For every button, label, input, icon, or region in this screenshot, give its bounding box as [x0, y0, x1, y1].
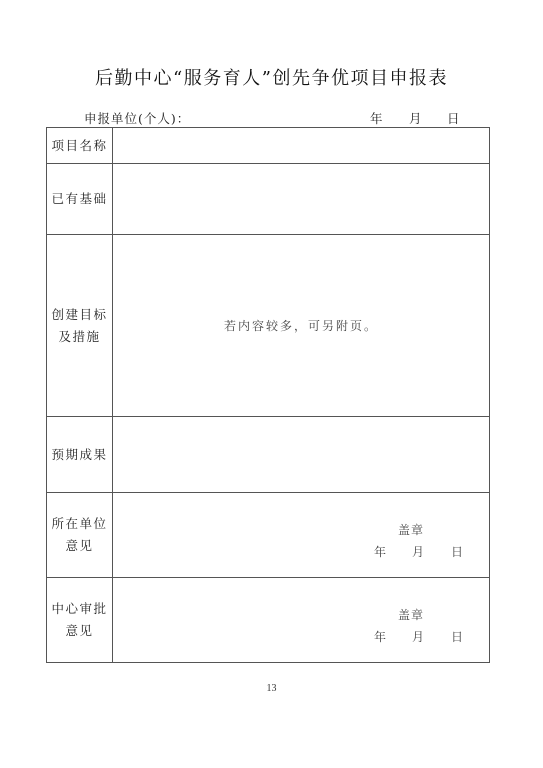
page-number: 13	[0, 683, 543, 694]
label-text-line-2: 及措施	[58, 329, 100, 344]
label-text-line-2: 意见	[65, 623, 93, 638]
sign-year-label: 年	[374, 628, 386, 645]
label-unit-opinion: 所在单位 意见	[47, 493, 113, 578]
application-form-table: 项目名称 已有基础 创建目标 及措施 若内容较多，可另附页。 预期成果 所在单位…	[46, 127, 490, 663]
label-project-name: 项目名称	[47, 128, 113, 164]
attachment-hint: 若内容较多，可另附页。	[113, 317, 489, 334]
header-month-label: 月	[409, 109, 423, 127]
label-center-approval: 中心审批 意见	[47, 578, 113, 663]
field-center-approval[interactable]: 盖章 年 月 日	[113, 578, 490, 663]
row-project-name: 项目名称	[47, 128, 490, 164]
sign-month-label: 月	[412, 543, 424, 560]
page-title: 后勤中心“服务育人”创先争优项目申报表	[0, 64, 543, 90]
field-existing-basis[interactable]	[113, 164, 490, 235]
field-expected-results[interactable]	[113, 417, 490, 493]
label-text-line-1: 所在单位	[51, 516, 107, 531]
label-expected-results: 预期成果	[47, 417, 113, 493]
label-text: 项目名称	[51, 138, 107, 153]
label-text-line-1: 创建目标	[51, 307, 107, 322]
label-goals-measures: 创建目标 及措施	[47, 235, 113, 417]
sign-year-label: 年	[374, 543, 386, 560]
header-day-label: 日	[447, 109, 461, 127]
row-goals-measures: 创建目标 及措施 若内容较多，可另附页。	[47, 235, 490, 417]
label-text: 已有基础	[51, 191, 107, 206]
row-existing-basis: 已有基础	[47, 164, 490, 235]
seal-label: 盖章	[398, 521, 424, 538]
field-project-name[interactable]	[113, 128, 490, 164]
row-center-approval: 中心审批 意见 盖章 年 月 日	[47, 578, 490, 663]
sign-day-label: 日	[451, 543, 463, 560]
sign-day-label: 日	[451, 628, 463, 645]
field-goals-measures[interactable]: 若内容较多，可另附页。	[113, 235, 490, 417]
label-text-line-2: 意见	[65, 538, 93, 553]
applicant-unit-label: 申报单位(个人)：	[84, 109, 190, 127]
label-text: 预期成果	[51, 447, 107, 462]
seal-label: 盖章	[398, 606, 424, 623]
label-existing-basis: 已有基础	[47, 164, 113, 235]
field-unit-opinion[interactable]: 盖章 年 月 日	[113, 493, 490, 578]
label-text-line-1: 中心审批	[51, 601, 107, 616]
sign-month-label: 月	[412, 628, 424, 645]
row-unit-opinion: 所在单位 意见 盖章 年 月 日	[47, 493, 490, 578]
header-year-label: 年	[370, 109, 384, 127]
row-expected-results: 预期成果	[47, 417, 490, 493]
